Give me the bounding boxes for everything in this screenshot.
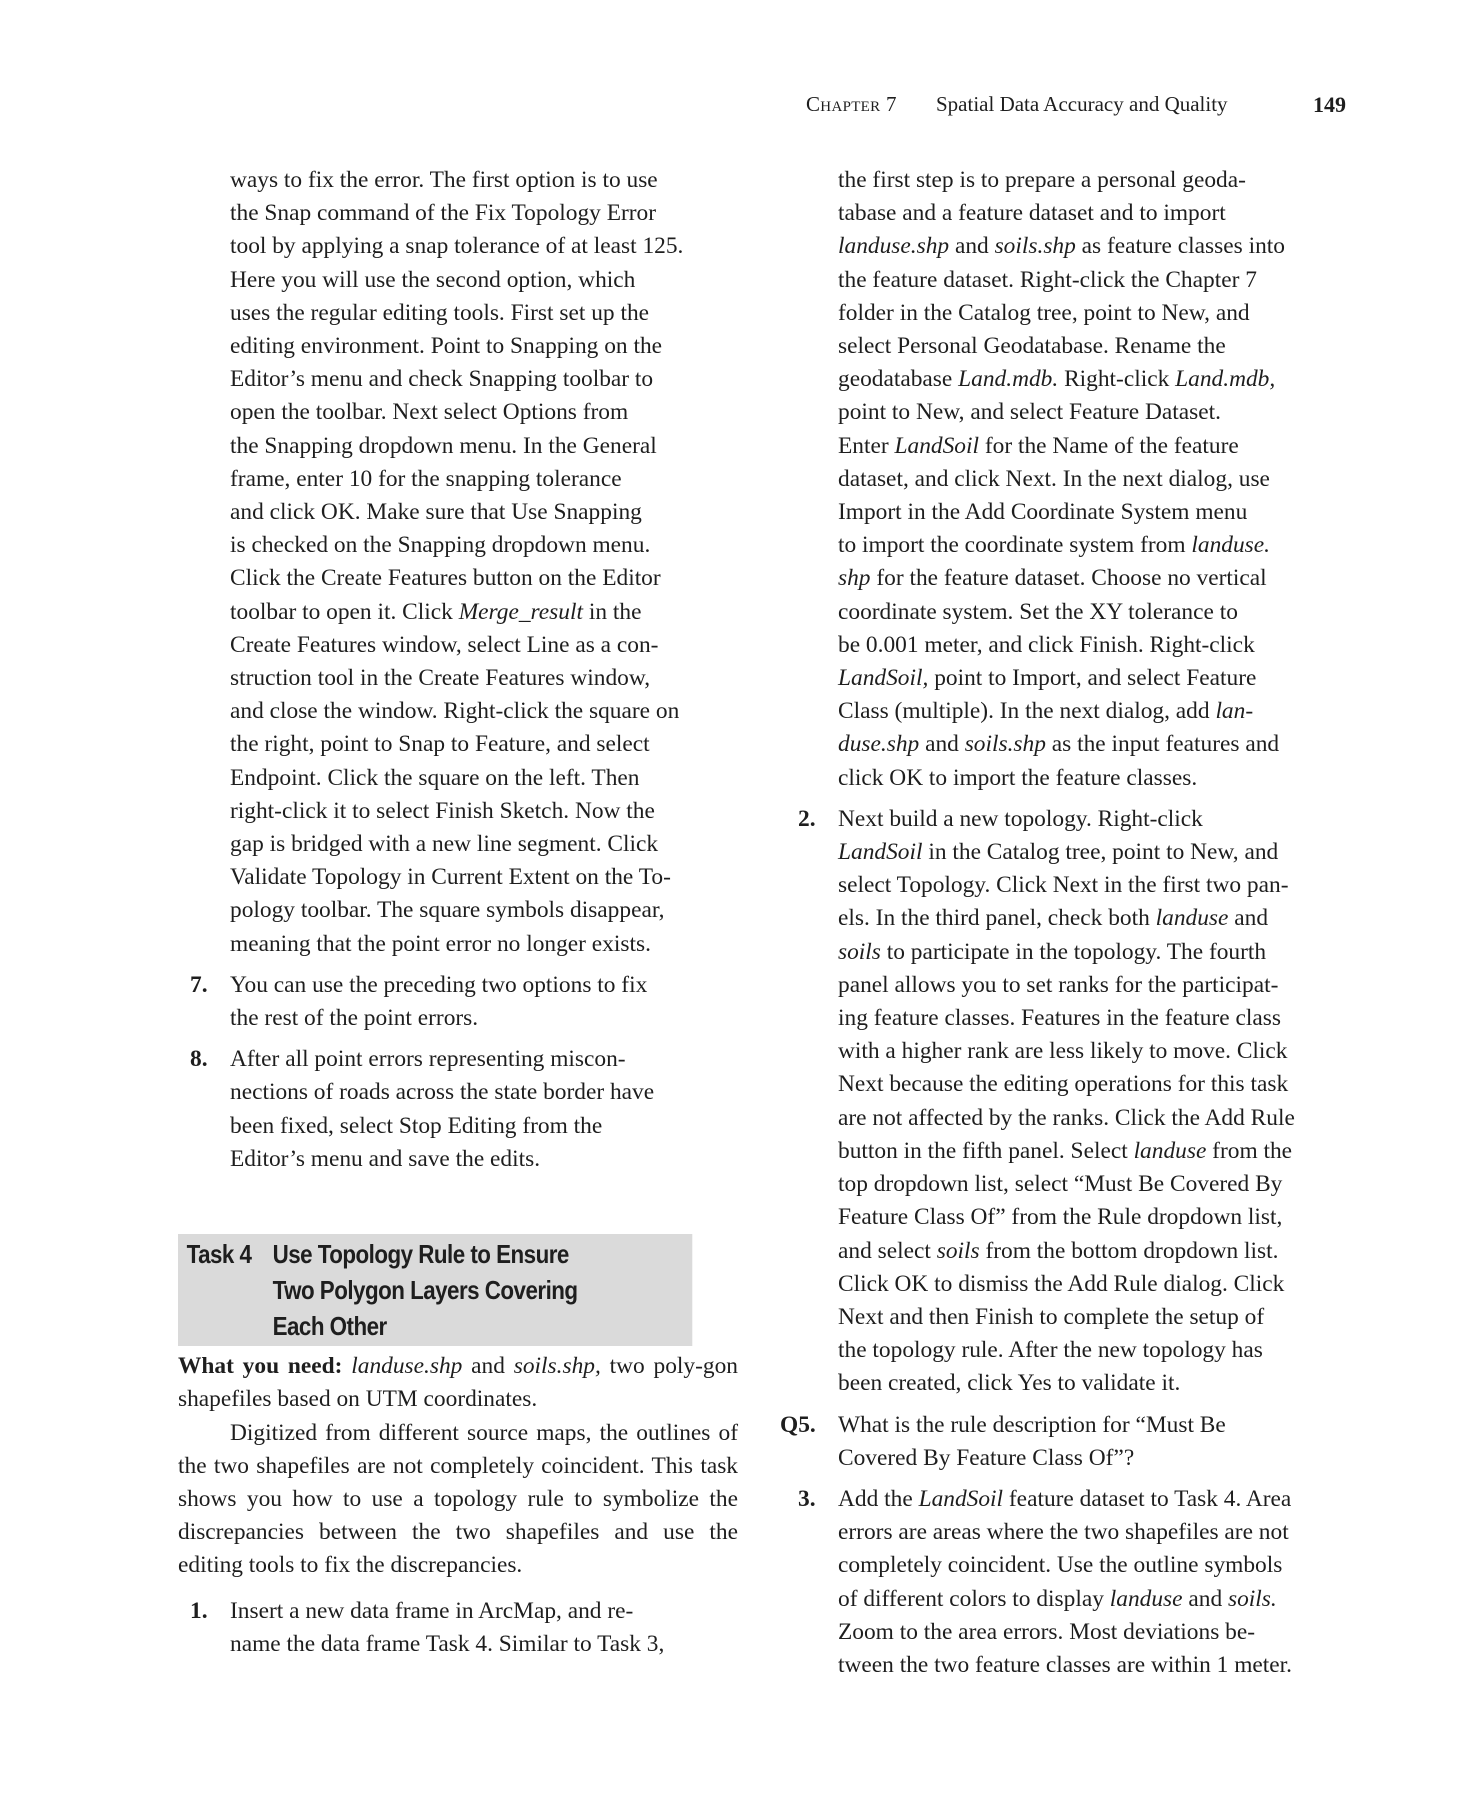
- text-line: LandSoil, point to Import, and select Fe…: [838, 662, 1348, 695]
- step-8: 8. After all point errors representing m…: [178, 1043, 738, 1176]
- text-line: the right, point to Snap to Feature, and…: [230, 728, 738, 761]
- text-line: frame, enter 10 for the snapping toleran…: [230, 463, 738, 496]
- what-you-need: What you need: landuse.shp and soils.shp…: [178, 1350, 738, 1416]
- text-line: LandSoil in the Catalog tree, point to N…: [838, 836, 1348, 869]
- text-line: Click the Create Features button on the …: [230, 562, 738, 595]
- text-line: name the data frame Task 4. Similar to T…: [230, 1628, 738, 1661]
- text-line: be 0.001 meter, and click Finish. Right-…: [838, 629, 1348, 662]
- text-line: Covered By Feature Class Of”?: [838, 1442, 1348, 1475]
- text-line: ways to fix the error. The first option …: [230, 164, 738, 197]
- question-q5: Q5. What is the rule description for “Mu…: [786, 1409, 1348, 1475]
- task-title-line: Each Other: [187, 1308, 686, 1344]
- running-head: Chapter 7 Spatial Data Accuracy and Qual…: [806, 92, 1346, 122]
- text-line: panel allows you to set ranks for the pa…: [838, 969, 1348, 1002]
- text-line: been fixed, select Stop Editing from the: [230, 1110, 738, 1143]
- task-header: Task 4 Use Topology Rule to Ensure Two P…: [178, 1234, 692, 1346]
- text-line: tool by applying a snap tolerance of at …: [230, 230, 738, 263]
- step-number: 7.: [190, 969, 208, 1002]
- text-line: the Snap command of the Fix Topology Err…: [230, 197, 738, 230]
- text-line: els. In the third panel, check both land…: [838, 902, 1348, 935]
- task-title-line: Two Polygon Layers Covering: [187, 1272, 686, 1308]
- text-line: completely coincident. Use the outline s…: [838, 1549, 1348, 1582]
- text-line: click OK to import the feature classes.: [838, 762, 1348, 795]
- text-line: been created, click Yes to validate it.: [838, 1367, 1348, 1400]
- text-line: dataset, and click Next. In the next dia…: [838, 463, 1348, 496]
- text-line: Editor’s menu and save the edits.: [230, 1143, 738, 1176]
- intro-paragraph: Digitized from different source maps, th…: [178, 1417, 738, 1583]
- text-line: geodatabase Land.mdb. Right-click Land.m…: [838, 363, 1348, 396]
- text-line: folder in the Catalog tree, point to New…: [838, 297, 1348, 330]
- text-line: the topology rule. After the new topolog…: [838, 1334, 1348, 1367]
- right-column: the first step is to prepare a personal …: [786, 164, 1348, 1682]
- text-line: Editor’s menu and check Snapping toolbar…: [230, 363, 738, 396]
- text-line: Enter LandSoil for the Name of the featu…: [838, 430, 1348, 463]
- step-number: 2.: [798, 803, 816, 836]
- text-line: struction tool in the Create Features wi…: [230, 662, 738, 695]
- text-line: Class (multiple). In the next dialog, ad…: [838, 695, 1348, 728]
- text-line: and click OK. Make sure that Use Snappin…: [230, 496, 738, 529]
- question-number: Q5.: [780, 1409, 816, 1442]
- text-line: and select soils from the bottom dropdow…: [838, 1235, 1348, 1268]
- task-label: Task 4: [187, 1236, 252, 1272]
- text-line: nections of roads across the state borde…: [230, 1076, 738, 1109]
- text-line: Next and then Finish to complete the set…: [838, 1301, 1348, 1334]
- text-line: ing feature classes. Features in the fea…: [838, 1002, 1348, 1035]
- chapter-label: Chapter 7: [806, 92, 897, 117]
- text-line: After all point errors representing misc…: [230, 1043, 738, 1076]
- text-line: the first step is to prepare a personal …: [838, 164, 1348, 197]
- text-line: tabase and a feature dataset and to impo…: [838, 197, 1348, 230]
- text-line: You can use the preceding two options to…: [230, 969, 738, 1002]
- text-line: Next build a new topology. Right-click: [838, 803, 1348, 836]
- text-line: Validate Topology in Current Extent on t…: [230, 861, 738, 894]
- text-line: Import in the Add Coordinate System menu: [838, 496, 1348, 529]
- step-7: 7. You can use the preceding two options…: [178, 969, 738, 1035]
- left-column: ways to fix the error. The first option …: [178, 164, 738, 1661]
- text-line: duse.shp and soils.shp as the input feat…: [838, 728, 1348, 761]
- text-line: select Topology. Click Next in the first…: [838, 869, 1348, 902]
- text-line: the rest of the point errors.: [230, 1002, 738, 1035]
- text-line: landuse.shp and soils.shp as feature cla…: [838, 230, 1348, 263]
- page-number: 149: [1313, 92, 1346, 118]
- text-line: uses the regular editing tools. First se…: [230, 297, 738, 330]
- text-line: soils to participate in the topology. Th…: [838, 936, 1348, 969]
- step-3: 3. Add the LandSoil feature dataset to T…: [786, 1483, 1348, 1682]
- text-line: Endpoint. Click the square on the left. …: [230, 762, 738, 795]
- text-line: Create Features window, select Line as a…: [230, 629, 738, 662]
- text-line: shp for the feature dataset. Choose no v…: [838, 562, 1348, 595]
- layer-name: Merge_result: [459, 599, 583, 625]
- text-line: the Snapping dropdown menu. In the Gener…: [230, 430, 738, 463]
- text-line: are not affected by the ranks. Click the…: [838, 1102, 1348, 1135]
- step6-continuation: ways to fix the error. The first option …: [178, 164, 738, 961]
- task-title-line: Use Topology Rule to Ensure: [187, 1236, 686, 1272]
- text-line: right-click it to select Finish Sketch. …: [230, 795, 738, 828]
- text-line: Add the LandSoil feature dataset to Task…: [838, 1483, 1348, 1516]
- step-number: 1.: [190, 1595, 208, 1628]
- text-line: of different colors to display landuse a…: [838, 1583, 1348, 1616]
- step-number: 8.: [190, 1043, 208, 1076]
- text-line: with a higher rank are less likely to mo…: [838, 1035, 1348, 1068]
- text-line: Here you will use the second option, whi…: [230, 264, 738, 297]
- text-line: Insert a new data frame in ArcMap, and r…: [230, 1595, 738, 1628]
- text-line: the feature dataset. Right-click the Cha…: [838, 264, 1348, 297]
- text-line: and close the window. Right-click the sq…: [230, 695, 738, 728]
- text-line: Click OK to dismiss the Add Rule dialog.…: [838, 1268, 1348, 1301]
- text-line: point to New, and select Feature Dataset…: [838, 396, 1348, 429]
- text-line: top dropdown list, select “Must Be Cover…: [838, 1168, 1348, 1201]
- text-line: Zoom to the area errors. Most deviations…: [838, 1616, 1348, 1649]
- step-2: 2. Next build a new topology. Right-clic…: [786, 803, 1348, 1401]
- text-line: open the toolbar. Next select Options fr…: [230, 396, 738, 429]
- chapter-title: Spatial Data Accuracy and Quality: [936, 92, 1228, 117]
- step-1: 1. Insert a new data frame in ArcMap, an…: [178, 1595, 738, 1661]
- text-line: to import the coordinate system from lan…: [838, 529, 1348, 562]
- text-line: errors are areas where the two shapefile…: [838, 1516, 1348, 1549]
- step-number: 3.: [798, 1483, 816, 1516]
- text-line: What is the rule description for “Must B…: [838, 1409, 1348, 1442]
- text-line: select Personal Geodatabase. Rename the: [838, 330, 1348, 363]
- text-line: coordinate system. Set the XY tolerance …: [838, 596, 1348, 629]
- text-line: Feature Class Of” from the Rule dropdown…: [838, 1201, 1348, 1234]
- text-line: Next because the editing operations for …: [838, 1068, 1348, 1101]
- step1-continuation: the first step is to prepare a personal …: [786, 164, 1348, 795]
- text-line: toolbar to open it. Click Merge_result i…: [230, 596, 738, 629]
- text-line: button in the fifth panel. Select landus…: [838, 1135, 1348, 1168]
- text-line: meaning that the point error no longer e…: [230, 928, 738, 961]
- text-line: is checked on the Snapping dropdown menu…: [230, 529, 738, 562]
- text-line: gap is bridged with a new line segment. …: [230, 828, 738, 861]
- what-you-need-label: What you need:: [178, 1353, 342, 1379]
- text-line: tween the two feature classes are within…: [838, 1649, 1348, 1682]
- text-line: pology toolbar. The square symbols disap…: [230, 894, 738, 927]
- text-line: editing environment. Point to Snapping o…: [230, 330, 738, 363]
